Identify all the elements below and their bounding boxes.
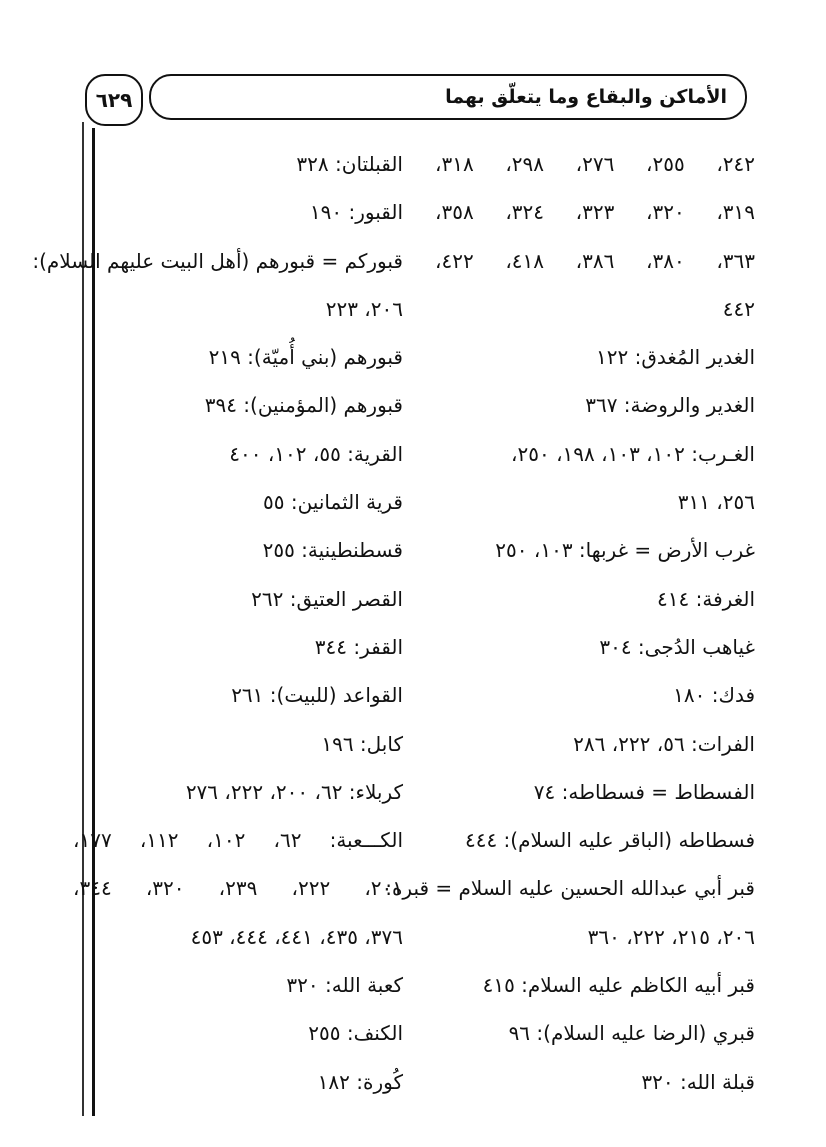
- index-line: ٢٠٦، ٢٢٣: [73, 285, 403, 333]
- index-entry: القفر: ٣٤٤: [73, 623, 403, 671]
- index-entry: قبوركم = قبورهم (أهل البيت عليهم السلام)…: [73, 237, 403, 285]
- index-entry: فدك: ١٨٠: [435, 671, 755, 719]
- index-entry: كربلاء: ٦٢، ٢٠٠، ٢٢٢، ٢٧٦: [73, 768, 403, 816]
- index-entry: الغـرب: ١٠٢، ١٠٣، ١٩٨، ٢٥٠،: [435, 430, 755, 478]
- index-line: ٢٤٢، ٢٥٥، ٢٧٦، ٢٩٨، ٣١٨،: [435, 140, 755, 188]
- running-header: الأماكن والبقاع وما يتعلّق بهما ٦٢٩: [85, 74, 747, 124]
- index-entry: غياهب الدُجى: ٣٠٤: [435, 623, 755, 671]
- index-line: ٣٦٣، ٣٨٠، ٣٨٦، ٤١٨، ٤٢٢،: [435, 237, 755, 285]
- index-column-left: القبلتان: ٣٢٨ القبور: ١٩٠ قبوركم = قبوره…: [73, 140, 403, 1106]
- index-line: ٤٤٢: [435, 285, 755, 333]
- index-entry: الفرات: ٥٦، ٢٢٢، ٢٨٦: [435, 720, 755, 768]
- index-entry: القبلتان: ٣٢٨: [73, 140, 403, 188]
- index-entry: فسطاطه (الباقر عليه السلام): ٤٤٤: [435, 816, 755, 864]
- index-line: ٢٠١، ٢٢٢، ٢٣٩، ٣٢٠، ٣٤٤،: [73, 864, 403, 912]
- index-column-right: ٢٤٢، ٢٥٥، ٢٧٦، ٢٩٨، ٣١٨، ٣١٩، ٣٢٠، ٣٢٣، …: [435, 140, 755, 1106]
- index-line: ٣٧٦، ٤٣٥، ٤٤١، ٤٤٤، ٤٥٣: [73, 913, 403, 961]
- index-entry: قسطنطينية: ٢٥٥: [73, 526, 403, 574]
- page-number: ٦٢٩: [85, 74, 143, 126]
- index-entry: قبر أبي عبدالله الحسين عليه السلام = قبر…: [435, 864, 755, 912]
- index-entry: قبري (الرضا عليه السلام): ٩٦: [435, 1009, 755, 1057]
- index-entry: قبلة الله: ٣٢٠: [435, 1058, 755, 1106]
- page-title: الأماكن والبقاع وما يتعلّق بهما: [445, 86, 727, 108]
- index-entry: الكـــعبة: ٦٢، ١٠٢، ١١٢، ١٧٧،: [73, 816, 403, 864]
- index-entry: كابل: ١٩٦: [73, 720, 403, 768]
- index-entry: القصر العتيق: ٢٦٢: [73, 575, 403, 623]
- index-entry: قبورهم (بني أُميّة): ٢١٩: [73, 333, 403, 381]
- header-title-box: الأماكن والبقاع وما يتعلّق بهما: [149, 74, 747, 120]
- index-entry: الكنف: ٢٥٥: [73, 1009, 403, 1057]
- index-entry: القواعد (للبيت): ٢٦١: [73, 671, 403, 719]
- index-entry: غرب الأرض = غربها: ١٠٣، ٢٥٠: [435, 526, 755, 574]
- index-entry: قبر أبيه الكاظم عليه السلام: ٤١٥: [435, 961, 755, 1009]
- index-line: ٢٠٦، ٢١٥، ٢٢٢، ٣٦٠: [435, 913, 755, 961]
- index-entry: قرية الثمانين: ٥٥: [73, 478, 403, 526]
- index-entry: قبورهم (المؤمنين): ٣٩٤: [73, 381, 403, 429]
- index-line: ٣١٩، ٣٢٠، ٣٢٣، ٣٢٤، ٣٥٨،: [435, 188, 755, 236]
- index-entry: الغدير المُغدق: ١٢٢: [435, 333, 755, 381]
- index-entry: القرية: ٥٥، ١٠٢، ٤٠٠: [73, 430, 403, 478]
- index-line: ٢٥٦، ٣١١: [435, 478, 755, 526]
- index-entry: الفسطاط = فسطاطه: ٧٤: [435, 768, 755, 816]
- index-columns: ٢٤٢، ٢٥٥، ٢٧٦، ٢٩٨، ٣١٨، ٣١٩، ٣٢٠، ٣٢٣، …: [100, 140, 755, 1140]
- index-entry: كعبة الله: ٣٢٠: [73, 961, 403, 1009]
- index-entry: الغرفة: ٤١٤: [435, 575, 755, 623]
- index-entry: القبور: ١٩٠: [73, 188, 403, 236]
- index-entry: كُورة: ١٨٢: [73, 1058, 403, 1106]
- index-entry: الغدير والروضة: ٣٦٧: [435, 381, 755, 429]
